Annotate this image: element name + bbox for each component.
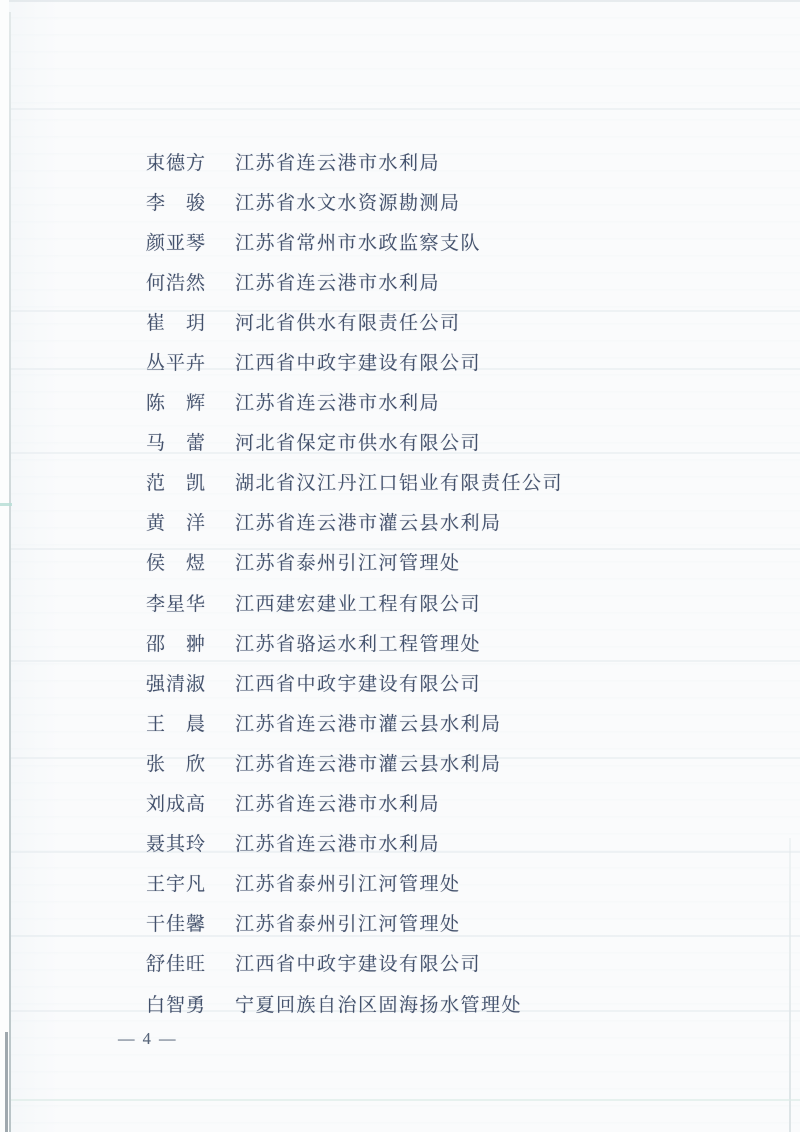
- scan-artifact-tick: [0, 503, 12, 506]
- page-left-margin: [0, 0, 9, 1132]
- roster-row: 黄 洋江苏省连云港市灌云县水利局: [146, 502, 766, 542]
- person-name: 李星华: [146, 589, 235, 616]
- roster-row: 强清淑江西省中政宇建设有限公司: [146, 662, 766, 702]
- roster-row: 侯 煜江苏省泰州引江河管理处: [146, 542, 766, 582]
- organization-name: 江苏省连云港市灌云县水利局: [235, 749, 502, 776]
- person-name: 王宇凡: [146, 869, 235, 896]
- roster-row: 李 骏江苏省水文水资源勘测局: [146, 181, 766, 221]
- person-name: 刘成高: [146, 789, 235, 816]
- person-name: 王 晨: [146, 709, 235, 736]
- organization-name: 江苏省连云港市水利局: [235, 388, 440, 415]
- roster-row: 王 晨江苏省连云港市灌云县水利局: [146, 702, 766, 742]
- organization-name: 江苏省泰州引江河管理处: [235, 869, 461, 896]
- organization-name: 河北省保定市供水有限公司: [235, 428, 481, 455]
- organization-name: 江苏省骆运水利工程管理处: [235, 629, 481, 656]
- person-name: 黄 洋: [146, 508, 235, 535]
- person-name: 干佳馨: [146, 909, 235, 936]
- roster-row: 马 蕾河北省保定市供水有限公司: [146, 422, 766, 462]
- organization-name: 河北省供水有限责任公司: [235, 308, 461, 335]
- person-name: 束德方: [146, 148, 235, 175]
- page-edge-line: [9, 12, 11, 1132]
- organization-name: 江苏省连云港市水利局: [235, 829, 440, 856]
- roster-row: 何浩然江苏省连云港市水利局: [146, 261, 766, 301]
- organization-name: 江苏省连云港市水利局: [235, 789, 440, 816]
- organization-name: 江西省中政宇建设有限公司: [235, 949, 481, 976]
- organization-name: 江苏省连云港市灌云县水利局: [235, 709, 502, 736]
- organization-name: 江西省中政宇建设有限公司: [235, 348, 481, 375]
- organization-name: 江苏省连云港市水利局: [235, 268, 440, 295]
- person-name: 范 凯: [146, 468, 235, 495]
- person-name: 侯 煜: [146, 548, 235, 575]
- page-number: — 4 —: [118, 1029, 178, 1049]
- roster-row: 王宇凡江苏省泰州引江河管理处: [146, 863, 766, 903]
- person-name: 颜亚琴: [146, 228, 235, 255]
- roster-row: 颜亚琴江苏省常州市水政监察支队: [146, 221, 766, 261]
- organization-name: 江苏省泰州引江河管理处: [235, 548, 461, 575]
- roster-row: 白智勇宁夏回族自治区固海扬水管理处: [146, 983, 766, 1023]
- organization-name: 湖北省汉江丹江口铝业有限责任公司: [235, 468, 563, 495]
- roster-row: 李星华江西建宏建业工程有限公司: [146, 582, 766, 622]
- organization-name: 江苏省常州市水政监察支队: [235, 228, 481, 255]
- person-name: 强清淑: [146, 669, 235, 696]
- person-name: 崔 玥: [146, 308, 235, 335]
- organization-name: 江苏省连云港市灌云县水利局: [235, 508, 502, 535]
- person-name: 李 骏: [146, 188, 235, 215]
- scanline: [11, 108, 800, 110]
- roster-row: 聂其玲江苏省连云港市水利局: [146, 823, 766, 863]
- organization-name: 江苏省连云港市水利局: [235, 148, 440, 175]
- person-name: 马 蕾: [146, 428, 235, 455]
- name-roster-list: 束德方江苏省连云港市水利局 李 骏江苏省水文水资源勘测局 颜亚琴江苏省常州市水政…: [146, 141, 766, 1023]
- organization-name: 宁夏回族自治区固海扬水管理处: [235, 990, 522, 1017]
- roster-row: 崔 玥河北省供水有限责任公司: [146, 301, 766, 341]
- roster-row: 干佳馨江苏省泰州引江河管理处: [146, 903, 766, 943]
- paper-crease-right: [789, 838, 791, 1132]
- person-name: 舒佳旺: [146, 949, 235, 976]
- roster-row: 舒佳旺江西省中政宇建设有限公司: [146, 943, 766, 983]
- organization-name: 江西省中政宇建设有限公司: [235, 669, 481, 696]
- person-name: 何浩然: [146, 268, 235, 295]
- person-name: 聂其玲: [146, 829, 235, 856]
- person-name: 邵 翀: [146, 629, 235, 656]
- scan-top-shade: [0, 0, 800, 2]
- organization-name: 江西建宏建业工程有限公司: [235, 589, 481, 616]
- roster-row: 范 凯湖北省汉江丹江口铝业有限责任公司: [146, 462, 766, 502]
- person-name: 陈 辉: [146, 388, 235, 415]
- roster-row: 陈 辉江苏省连云港市水利局: [146, 382, 766, 422]
- organization-name: 江苏省水文水资源勘测局: [235, 188, 461, 215]
- roster-row: 束德方江苏省连云港市水利局: [146, 141, 766, 181]
- scan-artifact-line: [11, 1099, 800, 1101]
- page-edge-shadow: [5, 1032, 8, 1132]
- roster-row: 邵 翀江苏省骆运水利工程管理处: [146, 622, 766, 662]
- roster-row: 丛平卉江西省中政宇建设有限公司: [146, 341, 766, 381]
- organization-name: 江苏省泰州引江河管理处: [235, 909, 461, 936]
- person-name: 张 欣: [146, 749, 235, 776]
- person-name: 白智勇: [146, 990, 235, 1017]
- roster-row: 张 欣江苏省连云港市灌云县水利局: [146, 742, 766, 782]
- roster-row: 刘成高江苏省连云港市水利局: [146, 783, 766, 823]
- scanned-page: 束德方江苏省连云港市水利局 李 骏江苏省水文水资源勘测局 颜亚琴江苏省常州市水政…: [0, 0, 800, 1132]
- person-name: 丛平卉: [146, 348, 235, 375]
